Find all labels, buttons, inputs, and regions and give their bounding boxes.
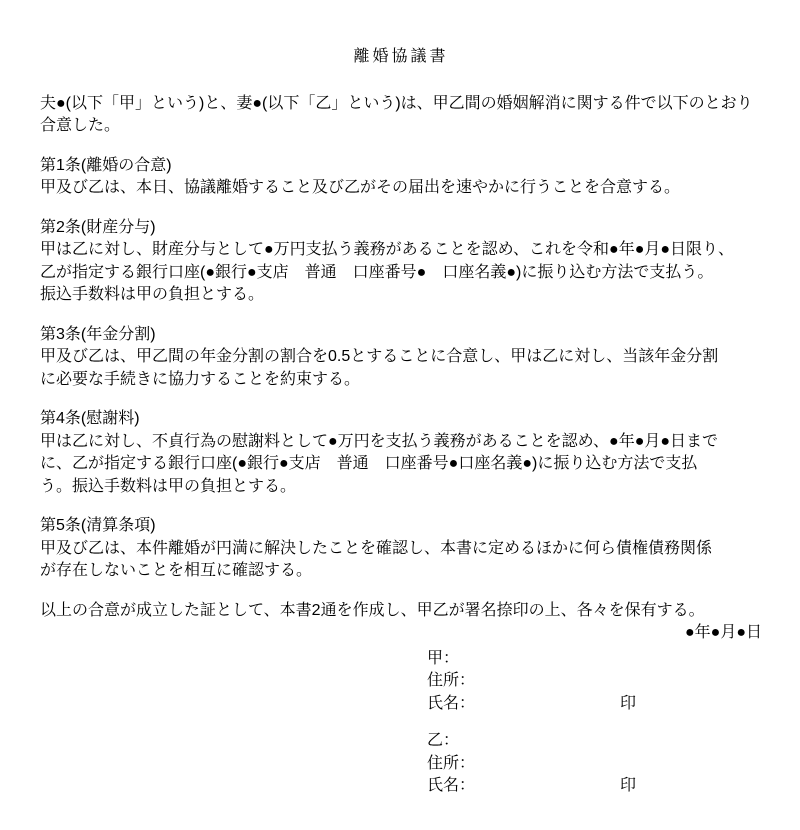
- kou-party-label: 甲：: [427, 648, 762, 671]
- article-1-heading: 第1条(離婚の合意): [40, 155, 762, 178]
- signature-block-otsu: 乙： 住所： 氏名： 印: [427, 730, 762, 798]
- article-5-heading: 第5条(清算条項): [40, 515, 762, 538]
- kou-address-label: 住所：: [427, 670, 762, 693]
- article-5-body: 甲及び乙は、本件離婚が円満に解決したことを確認し、本書に定めるほかに何ら債権債務…: [40, 538, 762, 583]
- article-2: 第2条(財産分与) 甲は乙に対し、財産分与として●万円支払う義務があることを認め…: [40, 217, 762, 307]
- otsu-name-label: 氏名：: [427, 775, 475, 798]
- kou-name-row: 氏名： 印: [427, 693, 762, 716]
- article-3: 第3条(年金分割) 甲及び乙は、甲乙間の年金分割の割合を0.5とすることに合意し…: [40, 324, 762, 392]
- otsu-party-label: 乙：: [427, 730, 762, 753]
- article-2-heading: 第2条(財産分与): [40, 217, 762, 240]
- date-line: ●年●月●日: [40, 622, 762, 645]
- kou-seal-label: 印: [620, 693, 636, 716]
- article-3-heading: 第3条(年金分割): [40, 324, 762, 347]
- document-title: 離婚協議書: [40, 46, 762, 69]
- article-1: 第1条(離婚の合意) 甲及び乙は、本日、協議離婚すること及び乙がその届出を速やか…: [40, 155, 762, 200]
- closing-statement: 以上の合意が成立した証として、本書2通を作成し、甲乙が署名捺印の上、各々を保有す…: [40, 600, 762, 623]
- document-page: 離婚協議書 夫●(以下「甲」という)と、妻●(以下「乙」という)は、甲乙間の婚姻…: [0, 0, 800, 830]
- otsu-address-label: 住所：: [427, 753, 762, 776]
- article-2-body: 甲は乙に対し、財産分与として●万円支払う義務があることを認め、これを令和●年●月…: [40, 239, 762, 307]
- article-4: 第4条(慰謝料) 甲は乙に対し、不貞行為の慰謝料として●万円を支払う義務があるこ…: [40, 408, 762, 498]
- article-5: 第5条(清算条項) 甲及び乙は、本件離婚が円満に解決したことを確認し、本書に定め…: [40, 515, 762, 583]
- article-1-body: 甲及び乙は、本日、協議離婚すること及び乙がその届出を速やかに行うことを合意する。: [40, 177, 762, 200]
- preamble: 夫●(以下「甲」という)と、妻●(以下「乙」という)は、甲乙間の婚姻解消に関する…: [40, 93, 762, 138]
- otsu-seal-label: 印: [620, 775, 636, 798]
- article-3-body: 甲及び乙は、甲乙間の年金分割の割合を0.5とすることに合意し、甲は乙に対し、当該…: [40, 346, 762, 391]
- article-4-heading: 第4条(慰謝料): [40, 408, 762, 431]
- article-4-body: 甲は乙に対し、不貞行為の慰謝料として●万円を支払う義務があることを認め、●年●月…: [40, 431, 762, 499]
- kou-name-label: 氏名：: [427, 693, 475, 716]
- otsu-name-row: 氏名： 印: [427, 775, 762, 798]
- signature-block-kou: 甲： 住所： 氏名： 印: [427, 648, 762, 716]
